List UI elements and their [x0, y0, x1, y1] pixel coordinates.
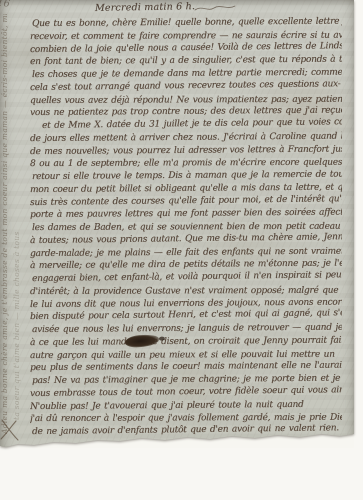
handwriting-line: engagerai bien, cet enfant-là, et voilà … — [32, 269, 342, 286]
handwriting-line: cela s'est tout arrangé quand vous recev… — [30, 78, 342, 95]
letter-page-wrap: 16 Mercredi matin 6 h. Que tu es bonne, … — [0, 0, 363, 500]
handwriting-line: à ce que les lui mandent me disent, on c… — [30, 334, 342, 349]
margin-cross-writing: Adieu ma bonne chère amie, je t'embrasse… — [0, 14, 11, 434]
ink-flourish — [194, 4, 236, 14]
pencil-cross-mark — [0, 418, 20, 442]
handwriting-line: Que tu es bonne, chère Emilie! quelle bo… — [32, 16, 342, 31]
margin-cross-writing-faint: ta soeur qui t'aime bien — mille choses … — [11, 120, 23, 420]
handwriting-line: de ne jamais avoir d'enfants plutôt que … — [32, 422, 342, 439]
page-corner-number: 16 — [0, 0, 11, 11]
letter-page: 16 Mercredi matin 6 h. Que tu es bonne, … — [0, 0, 354, 451]
